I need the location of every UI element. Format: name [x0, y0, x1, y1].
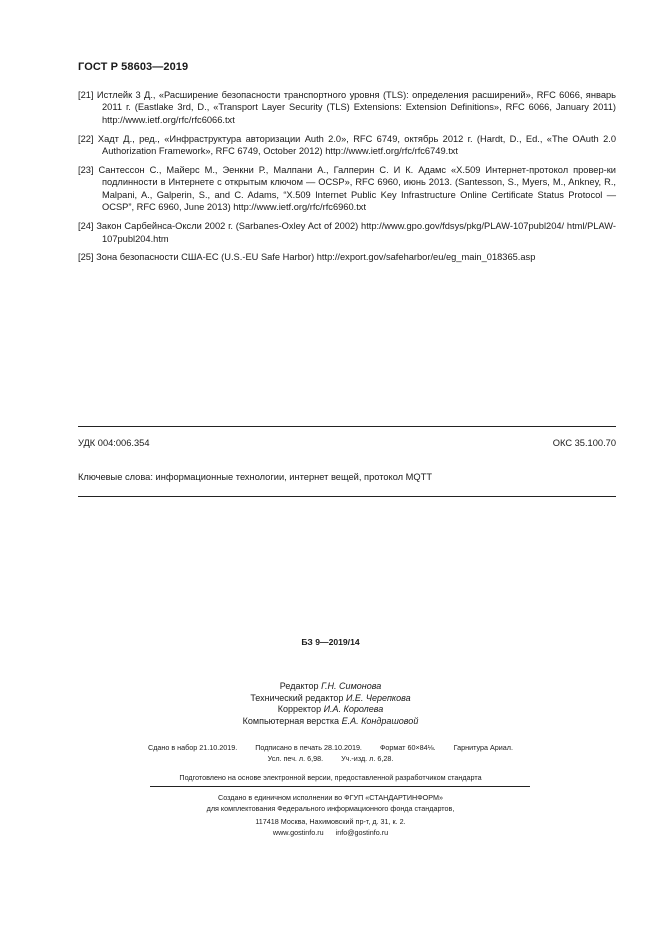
print-sheets: Усл. печ. л. 6,98.: [268, 754, 323, 763]
publisher-line-1: Создано в единичном исполнении во ФГУП «…: [0, 793, 661, 804]
credit-name: И.А. Королева: [324, 704, 384, 714]
publisher-address: 117418 Москва, Нахимовский пр-т, д. 31, …: [0, 817, 661, 838]
bibliography-list: [21] Истлейк 3 Д., «Расширение безопасно…: [78, 89, 616, 270]
credit-role: Компьютерная верстка: [243, 716, 339, 726]
contact-line: www.gostinfo.ruinfo@gostinfo.ru: [0, 828, 661, 839]
email-link[interactable]: info@gostinfo.ru: [336, 828, 388, 837]
publisher-sheets: Уч.-изд. л. 6,28.: [341, 754, 393, 763]
divider-bottom: [78, 496, 616, 497]
credit-tech-editor: Технический редактор И.Е. Черепкова: [0, 693, 661, 705]
udk-code: УДК 004:006.354: [78, 438, 149, 448]
reference-number: [21]: [78, 90, 94, 100]
print-info-line-1: Сдано в набор 21.10.2019.Подписано в печ…: [0, 742, 661, 753]
divider-footer: [150, 786, 530, 787]
reference-item: [21] Истлейк 3 Д., «Расширение безопасно…: [78, 89, 616, 126]
reference-item: [22] Хадт Д., ред., «Инфраструктура авто…: [78, 133, 616, 158]
credit-layout: Компьютерная верстка Е.А. Кондрашовой: [0, 716, 661, 728]
credit-role: Редактор: [280, 681, 319, 691]
bz-number: БЗ 9—2019/14: [0, 637, 661, 647]
address-line: 117418 Москва, Нахимовский пр-т, д. 31, …: [0, 817, 661, 828]
reference-text: Зона безопасности США-ЕС (U.S.-EU Safe H…: [96, 252, 535, 262]
oks-code: ОКС 35.100.70: [553, 438, 616, 448]
credits: Редактор Г.Н. Симонова Технический редак…: [0, 681, 661, 727]
credit-role: Корректор: [278, 704, 321, 714]
reference-item: [24] Закон Сарбейнса-Оксли 2002 г. (Sarb…: [78, 220, 616, 245]
divider-top: [78, 426, 616, 427]
reference-number: [22]: [78, 134, 94, 144]
typeface: Гарнитура Ариал.: [454, 743, 513, 752]
reference-item: [23] Сантессон С., Майерс М., Эенкни Р.,…: [78, 164, 616, 214]
typeset-date: Сдано в набор 21.10.2019.: [148, 743, 237, 752]
reference-number: [25]: [78, 252, 94, 262]
credit-role: Технический редактор: [250, 693, 343, 703]
reference-number: [24]: [78, 221, 94, 231]
keywords: Ключевые слова: информационные технологи…: [78, 472, 432, 482]
reference-item: [25] Зона безопасности США-ЕС (U.S.-EU S…: [78, 251, 616, 263]
print-signed-date: Подписано в печать 28.10.2019.: [255, 743, 362, 752]
credit-name: Е.А. Кондрашовой: [342, 716, 419, 726]
publisher-line-2: для комплектования Федерального информац…: [0, 804, 661, 815]
reference-text: Сантессон С., Майерс М., Эенкни Р., Малп…: [98, 165, 616, 212]
prepared-note: Подготовлено на основе электронной верси…: [0, 773, 661, 782]
reference-text: Истлейк 3 Д., «Расширение безопасности т…: [97, 90, 616, 125]
credit-name: И.Е. Черепкова: [346, 693, 411, 703]
credit-editor: Редактор Г.Н. Симонова: [0, 681, 661, 693]
page-header-standard-id: ГОСТ Р 58603—2019: [78, 61, 188, 73]
reference-text: Хадт Д., ред., «Инфраструктура авторизац…: [98, 134, 616, 156]
print-info-line-2: Усл. печ. л. 6,98.Уч.-изд. л. 6,28.: [0, 753, 661, 764]
publisher-info: Создано в единичном исполнении во ФГУП «…: [0, 793, 661, 814]
website-link[interactable]: www.gostinfo.ru: [273, 828, 324, 837]
credit-name: Г.Н. Симонова: [321, 681, 381, 691]
print-info: Сдано в набор 21.10.2019.Подписано в печ…: [0, 742, 661, 764]
reference-number: [23]: [78, 165, 94, 175]
credit-corrector: Корректор И.А. Королева: [0, 704, 661, 716]
reference-text: Закон Сарбейнса-Оксли 2002 г. (Sarbanes-…: [96, 221, 616, 243]
format: Формат 60×84⅛.: [380, 743, 436, 752]
